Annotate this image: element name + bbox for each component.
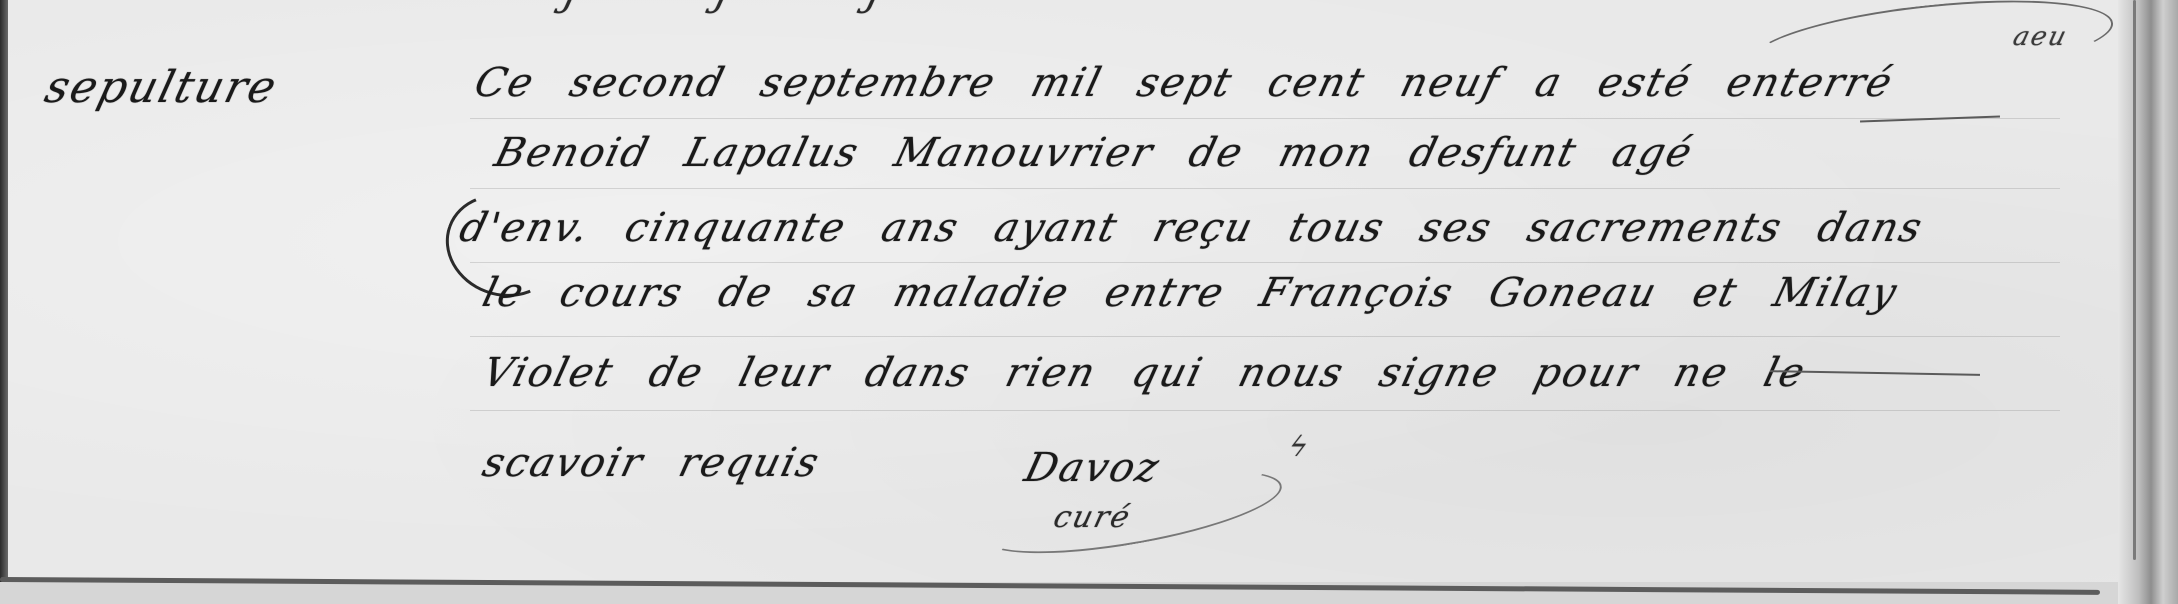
margin-heading: sepulture [40,62,283,113]
entry-line-4: le cours de sa maladie entre François Go… [478,270,1903,316]
entry-line-1: Ce second septembre mil sept cent neuf a… [470,60,1898,106]
entry-line-5: Violet de leur dans rien qui nous signe … [478,350,1811,396]
scanned-register-page: ƒ ƒ ƒ sepulture aeu Ce second septembre … [0,0,2178,604]
ruling-line [470,118,2060,119]
previous-entry-descenders: ƒ ƒ ƒ [560,0,891,16]
entry-line-2: Benoid Lapalus Manouvrier de mon desfunt… [490,130,1698,176]
signature-cross-icon: ϟ [1285,430,1314,463]
ruling-line [470,410,2060,411]
ruling-line [470,188,2060,189]
page-right-edge [2118,0,2178,604]
binding-edge [0,0,8,604]
page-right-border [2133,0,2136,560]
line-filler-stroke [1860,116,2000,123]
entry-line-6: scavoir requis [478,440,825,486]
ruling-line [470,262,2060,263]
corner-note: aeu [2010,22,2071,52]
ruling-line [470,336,2060,337]
entry-line-3: d'env. cinquante ans ayant reçu tous ses… [455,205,1928,251]
